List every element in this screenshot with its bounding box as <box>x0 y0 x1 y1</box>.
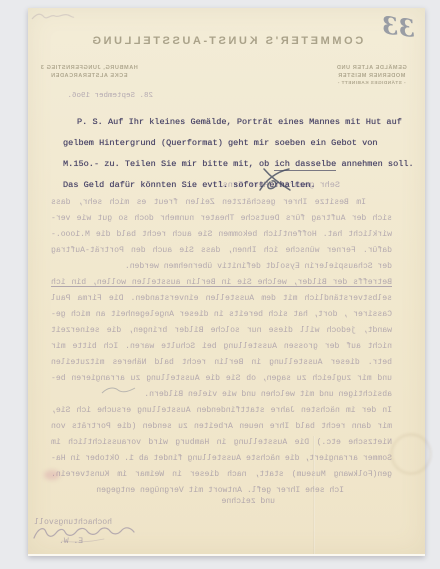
postscript-line: gelbem Hintergrund (Querformat) geht mir… <box>63 133 415 154</box>
fold-crease <box>313 436 315 554</box>
faint-handwriting-mark <box>30 11 76 22</box>
front-layer: P. S. Auf Ihr kleines Gemälde, Porträt e… <box>28 8 425 554</box>
paper-stain <box>390 433 432 475</box>
postscript-paragraph: P. S. Auf Ihr kleines Gemälde, Porträt e… <box>63 112 415 196</box>
pencil-scribble-icon <box>256 166 294 194</box>
pencil-note-mark <box>100 386 138 395</box>
postscript-text: annehmen soll. <box>336 159 413 169</box>
scan-background: 33 COMMETER'S KUNST-AUSSTELLUNG GEMÄLDE … <box>0 0 440 569</box>
postscript-text: M.15o.- zu. Teilen Sie mir bitte mit, ob <box>63 159 274 169</box>
postscript-line: P. S. Auf Ihr kleines Gemälde, Porträt e… <box>63 112 415 133</box>
postscript-line: M.15o.- zu. Teilen Sie mir bitte mit, ob… <box>63 154 415 175</box>
pink-smudge <box>44 470 60 480</box>
postscript-line: Das Geld dafür könnten Sie evtl. sofort … <box>63 175 415 196</box>
letter-page: 33 COMMETER'S KUNST-AUSSTELLUNG GEMÄLDE … <box>28 8 425 556</box>
signature-scribble <box>32 524 138 544</box>
